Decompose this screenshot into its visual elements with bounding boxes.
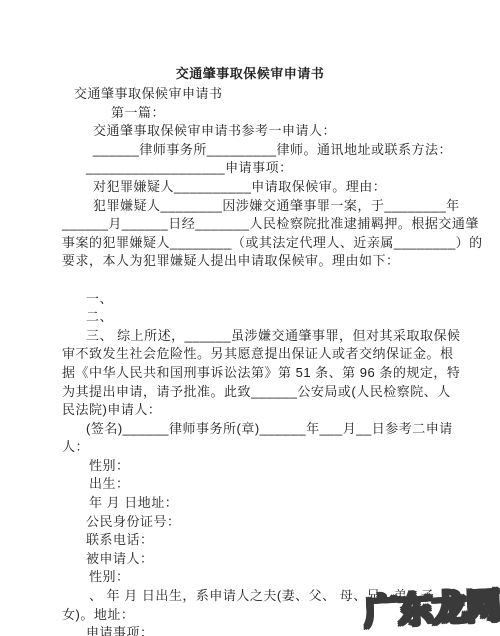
document-line: 民法院)申请人：	[62, 401, 444, 420]
document-line: 二、	[86, 308, 444, 327]
document-line: 人：	[62, 438, 444, 457]
document-line: 犯罪嫌疑人________因涉嫌交通肇事罪一案，于________年	[93, 197, 444, 216]
document-line: 审不致发生社会危险性。另其愿意提出保证人或者交纳保证金。根	[62, 345, 444, 364]
document-line: 据《中华人民共和国刑事诉讼法第》第 51 条、第 96 条的规定，特	[62, 364, 444, 383]
document-line: (签名)______律师事务所(章)______年___月__日参考二申请	[86, 420, 444, 439]
document-line: 一、	[86, 290, 444, 309]
document-line: ______律师事务所_________律师。通讯地址或联系方法：	[93, 141, 444, 160]
document-body: 交通肇事取保候审申请书 第一篇： 交通肇事取保候审申请书参考一申请人： ____…	[62, 85, 444, 636]
document-line: __________________申请事项：	[86, 159, 444, 178]
document-line: 交通肇事取保候审申请书	[74, 85, 444, 104]
document-line: 被申请人：	[86, 550, 444, 569]
document-page: 交通肇事取保候审申请书 交通肇事取保候审申请书 第一篇： 交通肇事取保候审申请书…	[0, 0, 500, 636]
document-line: 交通肇事取保候审申请书参考一申请人：	[93, 122, 444, 141]
document-line: ______月______日经_______人民检察院批准逮捕羁押。根据交通肇	[62, 215, 444, 234]
document-line: 第一篇：	[111, 104, 444, 123]
document-line: 对犯罪嫌疑人__________申请取保候审。理由：	[93, 178, 444, 197]
document-line: 为其提出申请，请予批准。此致______公安局或(人民检察院、人	[62, 383, 444, 402]
document-line: 年 月 日地址：	[89, 494, 444, 513]
document-line: 联系电话：	[86, 531, 444, 550]
document-line: 事案的犯罪嫌疑人________（或其法定代理人、近亲属________）的	[62, 234, 444, 253]
document-line: 公民身份证号：	[86, 513, 444, 532]
site-watermark-logo: 广东龙网	[363, 578, 500, 635]
document-line: 性别：	[89, 457, 444, 476]
document-line: 出生：	[89, 475, 444, 494]
document-title: 交通肇事取保候审申请书	[0, 63, 500, 82]
document-line: 要求，本人为犯罪嫌疑人提出申请取保候审。理由如下：	[62, 252, 444, 271]
document-blank-line	[62, 271, 444, 290]
document-line: 三、 综上所述，______虽涉嫌交通肇事罪，但对其采取取保候	[86, 327, 444, 346]
